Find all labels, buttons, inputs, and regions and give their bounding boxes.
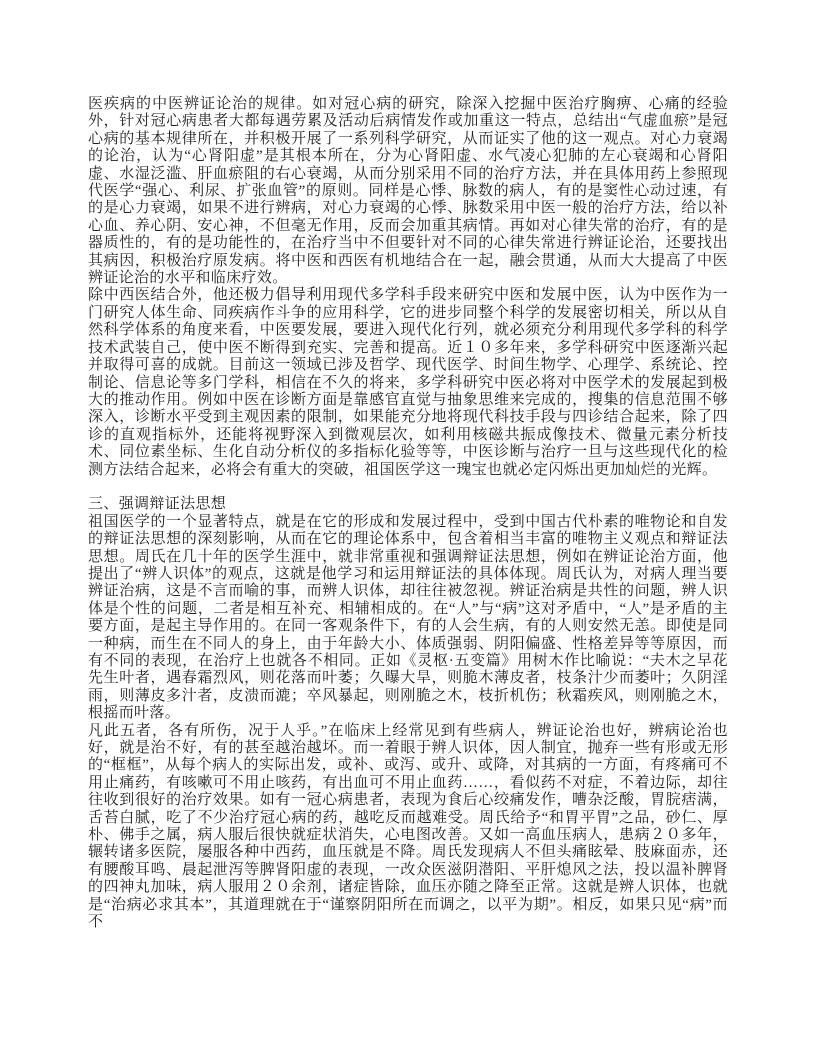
body-paragraph-1: 医疾病的中医辨证论治的规律。如对冠心病的研究，除深入挖掘中医治疗胸痹、心痛的经验… — [88, 96, 728, 287]
body-paragraph-2: 除中西医结合外，他还极力倡导利用现代多学科手段来研究中医和发展中医，认为中医作为… — [88, 287, 728, 478]
body-paragraph-4: 凡此五者，各有所伤，况于人乎。”在临床上经常见到有些病人，辨证论治也好，辨病论治… — [88, 723, 728, 932]
text-block: 医疾病的中医辨证论治的规律。如对冠心病的研究，除深入挖掘中医治疗胸痹、心痛的经验… — [88, 96, 728, 931]
body-paragraph-3: 祖国医学的一个显著特点，就是在它的形成和发展过程中，受到中国古代朴素的唯物论和自… — [88, 514, 728, 723]
section-heading: 三、强调辩证法思想 — [88, 496, 728, 513]
document-page: 医疾病的中医辨证论治的规律。如对冠心病的研究，除深入挖掘中医治疗胸痹、心痛的经验… — [0, 0, 816, 1056]
